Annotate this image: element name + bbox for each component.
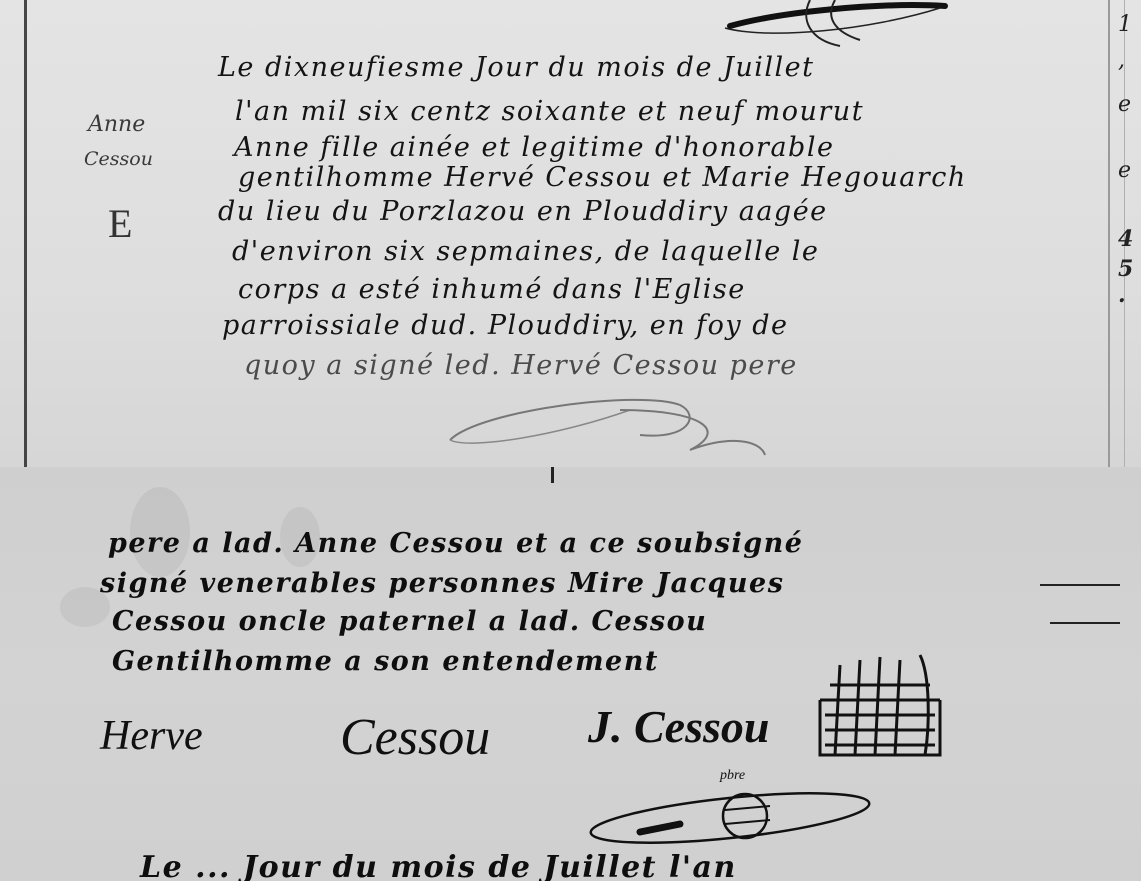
side-mark-5: 4: [1118, 226, 1133, 252]
entry-line-6: d'environ six sepmaines, de laquelle le: [232, 236, 819, 267]
fold-mark: [551, 467, 554, 483]
signature-herve: Herve: [100, 712, 203, 760]
entry-line-5: du lieu du Porzlazou en Plouddiry aagée: [218, 196, 828, 227]
entry-line-2: l'an mil six centz soixante et neuf mour…: [235, 96, 864, 127]
right-margin-line: [1108, 0, 1110, 467]
entry-line-8: parroissiale dud. Plouddiry, en foy de: [222, 310, 789, 341]
scan-top-section: Anne Cessou E Le dixneufiesme Jour du mo…: [0, 0, 1141, 467]
side-mark-3: e: [1118, 92, 1131, 117]
margin-note-first-name: Anne: [88, 112, 145, 138]
paraph-flourish-icon: [720, 0, 960, 50]
continuation-line-2: signé venerables personnes Mire Jacques: [100, 568, 784, 599]
signature-cessou: Cessou: [340, 708, 490, 767]
oval-flourish-icon: [580, 780, 880, 850]
entry-line-7: corps a esté inhumé dans l'Eglise: [238, 274, 746, 305]
side-mark-4: e: [1118, 158, 1131, 183]
next-entry-partial-line: Le ... Jour du mois de Juillet l'an: [140, 850, 737, 881]
entry-line-9: quoy a signé led. Hervé Cessou pere: [244, 350, 798, 381]
side-mark-7: .: [1118, 282, 1126, 308]
continuation-line-4: Gentilhomme a son entendement: [112, 646, 659, 677]
margin-letter-mark: E: [108, 200, 132, 247]
side-mark-1: 1: [1118, 12, 1132, 37]
entry-line-3: Anne fille ainée et legitime d'honorable: [234, 132, 834, 163]
margin-note-surname: Cessou: [84, 146, 153, 172]
grid-paraph-icon: [800, 645, 945, 765]
entry-line-4: gentilhomme Hervé Cessou et Marie Hegoua…: [238, 162, 967, 193]
line-terminator-dashes: [1020, 575, 1130, 635]
margin-rule-line: [24, 0, 27, 467]
side-mark-6: 5: [1118, 256, 1133, 282]
entry-line-1: Le dixneufiesme Jour du mois de Juillet: [218, 52, 814, 83]
continuation-line-1: pere a lad. Anne Cessou et a ce soubsign…: [108, 528, 803, 559]
signature-flourish-icon: [440, 380, 770, 465]
signature-j-cessou: J. Cessou: [588, 700, 769, 753]
side-mark-2: ,: [1118, 48, 1125, 73]
continuation-line-3: Cessou oncle paternel a lad. Cessou: [112, 606, 707, 637]
